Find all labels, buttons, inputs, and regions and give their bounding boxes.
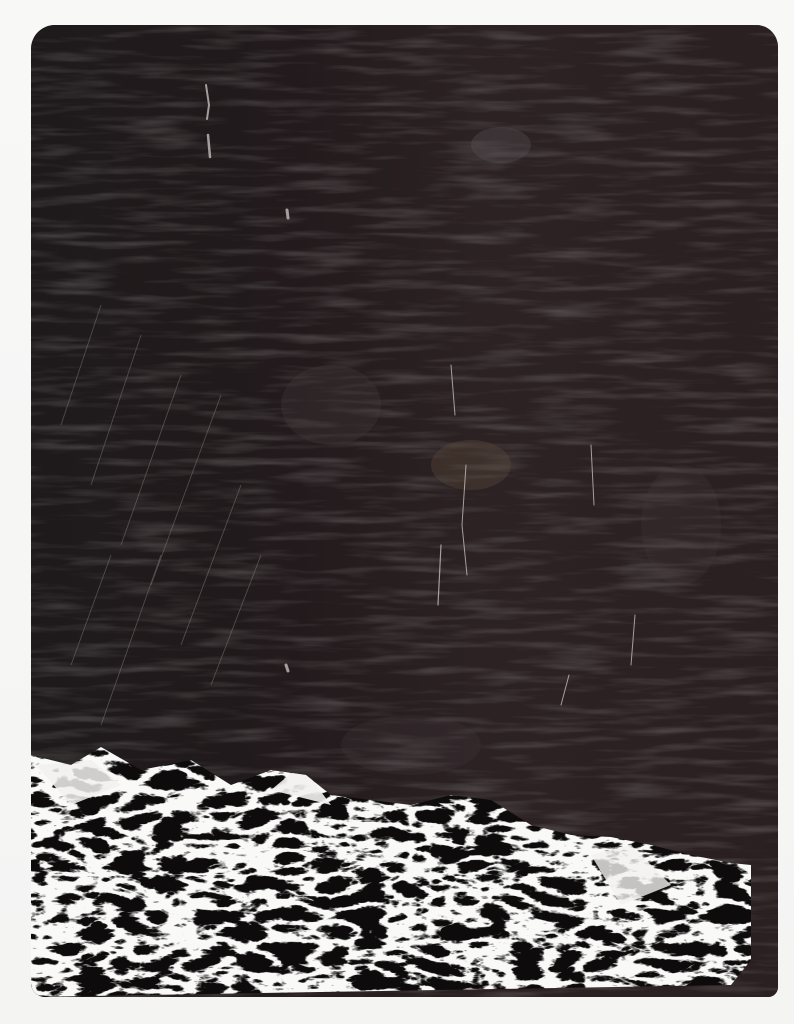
print-artwork — [31, 25, 778, 997]
monotype-print — [31, 25, 778, 997]
